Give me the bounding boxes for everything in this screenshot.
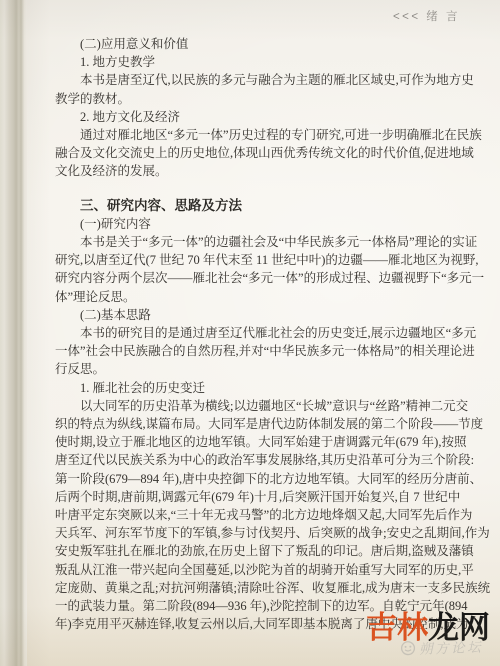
forum-watermark: 朔方论坛 [400,636,484,659]
text-line: 使时期,设立于雁北地区的边地军镇。大同军始建于唐调露元年(679 年),按照 [55,433,457,451]
text-line: 定庞勋、黄巢之乱;对抗河朔藩镇;清除吐谷浑、收复雁北,成为唐末一支多民族统 [55,579,457,597]
text-line: 以大同军的历史沿革为横线;以边疆地区“长城”意识与“丝路”精神二元交 [55,397,457,415]
subsection-heading: (二)应用意义和价值 [55,35,457,53]
smiley-face-icon [400,640,417,657]
subsection-heading: (二)基本思路 [55,306,457,324]
text-line: 通过对雁北地区“多元一体”历史过程的专门研究,可进一步明确雁北在民族 [55,126,457,144]
text-line: 本书是唐至辽代,以民族的多元与融合为主题的雁北区域史,可作为地方史 [55,71,457,89]
text-line: 天兵军、河东军节度下的军镇,参与讨伐契丹、后突厥的战争;安史之乱期间,作为 [55,524,457,542]
text-line: 本书是关于“多元一体”的边疆社会及“中华民族多元一体格局”理论的实证 [55,233,457,251]
text-line: 后两个时期,唐前期,调露元年(679 年)十月,后突厥汗国开始复兴,自 7 世纪… [55,488,457,506]
text-line: 融合及文化交流史上的历史地位,体现山西优秀传统文化的时代价值,促进地域 [55,144,457,162]
body-text-block: (二)应用意义和价值 1. 地方史教学 本书是唐至辽代,以民族的多元与融合为主题… [55,35,457,634]
book-page-photo: <<< 绪 言 (二)应用意义和价值 1. 地方史教学 本书是唐至辽代,以民族的… [0,0,500,666]
text-line: 研究,以唐至辽代(7 世纪 70 年代末至 11 世纪中叶)的边疆——雁北地区为… [55,251,457,269]
text-line: 教学的教材。 [55,90,457,108]
text-line: 行反思。 [55,360,457,378]
list-heading: 2. 地方文化及经济 [55,108,457,126]
section-heading: 三、研究内容、思路及方法 [55,197,457,215]
forum-watermark-text: 朔方论坛 [419,636,484,658]
text-line: 叛乱从江淮一带兴起向全国蔓延,以沙陀为首的胡骑开始重写大同军的历史,平 [55,561,457,579]
running-header: <<< 绪 言 [393,8,460,24]
book-page-edge [0,0,27,666]
text-line: 织的特点为纵线,谋篇布局。大同军是唐代边防体制发展的第二个阶段——节度 [55,415,457,433]
subsection-heading: (一)研究内容 [55,215,457,233]
text-line: 本书的研究目的是通过唐至辽代雁北社会的历史变迁,展示边疆地区“多元 [55,324,457,342]
list-heading: 1. 雁北社会的历史变迁 [55,379,457,397]
text-line: 文化及经济的发展。 [55,162,457,180]
text-line: 第一阶段(679—894 年),唐中央控御下的北方边地军镇。大同军的经历分唐前、 [55,470,457,488]
text-line: 唐至辽代以民族关系为中心的政治军事发展脉络,其历史沿革可分为三个阶段: [55,451,457,469]
text-line: 一体”社会中民族融合的自然历程,并对“中华民族多元一体格局”的相关理论进 [55,342,457,360]
text-line: 叶唐平定东突厥以来,“三十年无戎马警”的北方边地烽烟又起,大同军先后作为 [55,506,457,524]
text-line: 体”理论反思。 [55,288,457,306]
text-line: 安史叛军驻扎在雁北的劲旅,在历史上留下了叛乱的印记。唐后期,盗贼及藩镇 [55,542,457,560]
list-heading: 1. 地方史教学 [55,53,457,71]
text-line: 研究内容分两个层次——雁北社会“多元一体”的形成过程、边疆视野下“多元一 [55,269,457,287]
